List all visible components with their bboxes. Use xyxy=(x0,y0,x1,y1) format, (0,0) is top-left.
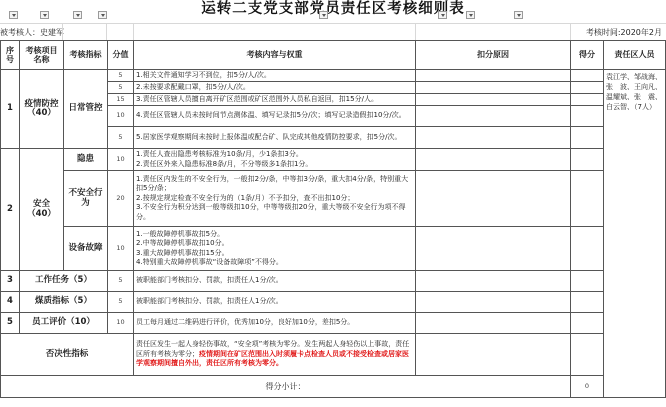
table-row: 1 疫情防控（40） 日常管控 5 1.相关文件通知学习不到位，扣5分/人/次。… xyxy=(1,70,666,82)
item-value: 10 xyxy=(108,149,134,171)
score-cell[interactable] xyxy=(571,292,604,313)
filter-dropdown-icon[interactable] xyxy=(466,11,475,19)
section-no: 3 xyxy=(1,271,20,292)
item-content: 被职能部门考核扣分、罚款，扣责任人1分/次。 xyxy=(134,292,416,313)
deduction-cell[interactable] xyxy=(416,334,571,376)
col-header-personnel: 责任区人员 xyxy=(604,41,666,70)
deduction-cell[interactable] xyxy=(416,82,571,94)
section-no: 5 xyxy=(1,313,20,334)
table-row: 4 煤质指标（5） 5 被职能部门考核扣分、罚款，扣责任人1分/次。 xyxy=(1,292,666,313)
deduction-cell[interactable] xyxy=(416,127,571,149)
veto-row: 否决性指标 责任区发生一起人身轻伤事故，“安全项”考核为零分。发生两起人身轻伤以… xyxy=(1,334,666,376)
deduction-cell[interactable] xyxy=(416,227,571,271)
item-value: 5 xyxy=(108,271,134,292)
section-project: 员工评价（10） xyxy=(20,313,108,334)
col-header-deduction: 扣分原因 xyxy=(416,41,571,70)
item-value: 10 xyxy=(108,227,134,271)
subtotal-value: 0 xyxy=(571,376,604,398)
score-cell[interactable] xyxy=(571,149,604,171)
col-header-indicator: 考核指标 xyxy=(64,41,108,70)
table-row: 不安全行为 20 1.责任区内发生的不安全行为，一般扣2分/条，中等扣3分/条，… xyxy=(1,171,666,227)
item-value: 5 xyxy=(108,82,134,94)
score-cell[interactable] xyxy=(571,334,604,376)
item-value: 5 xyxy=(108,292,134,313)
score-cell[interactable] xyxy=(571,271,604,292)
table-row: 3 工作任务（5） 5 被职能部门考核扣分、罚款，扣责任人1分/次。 xyxy=(1,271,666,292)
item-value: 15 xyxy=(108,94,134,106)
item-content: 1.相关文件通知学习不到位，扣5分/人/次。 xyxy=(134,70,416,82)
item-content: 1.责任区内发生的不安全行为，一般扣2分/条，中等扣3分/条，重大扣4分/条，特… xyxy=(134,171,416,227)
table-row: 2 安全（40） 隐患 10 1.责任人查出隐患考核标准为10条/月，少1条扣3… xyxy=(1,149,666,171)
deduction-cell[interactable] xyxy=(416,149,571,171)
item-value: 5 xyxy=(108,70,134,82)
section-project: 疫情防控（40） xyxy=(20,70,64,149)
subtotal-label: 得分小计： xyxy=(1,376,571,398)
col-header-no: 序号 xyxy=(1,41,20,70)
meta-row: 被考核人：史建军 考核时间:2020年2月 xyxy=(0,23,666,41)
item-content: 被职能部门考核扣分、罚款，扣责任人1分/次。 xyxy=(134,271,416,292)
table-row: 5 员工评价（10） 10 员工每月通过二维码进行评价，优秀加10分，良好加10… xyxy=(1,313,666,334)
col-header-value: 分值 xyxy=(108,41,134,70)
deduction-cell[interactable] xyxy=(416,292,571,313)
deduction-cell[interactable] xyxy=(416,106,571,127)
examinee-label: 被考核人：史建军 xyxy=(0,27,64,38)
filter-dropdown-icon[interactable] xyxy=(319,11,328,19)
veto-content: 责任区发生一起人身轻伤事故，“安全项”考核为零分。发生两起人身轻伤以上事故，责任… xyxy=(134,334,416,376)
score-cell[interactable] xyxy=(571,94,604,106)
item-content: 3.责任区管辖人员擅自离开矿区范围或矿区范围外人员私自返回，扣15分/人。 xyxy=(134,94,416,106)
deduction-cell[interactable] xyxy=(416,70,571,82)
subtotal-row: 得分小计： 0 xyxy=(1,376,666,398)
score-cell[interactable] xyxy=(571,82,604,94)
item-content: 1.一般故障停机事故扣5分。 2.中等故障停机事故扣10分。 3.重大故障停机事… xyxy=(134,227,416,271)
section-project: 安全（40） xyxy=(20,149,64,271)
filter-dropdown-icon[interactable] xyxy=(73,11,82,19)
item-indicator: 隐患 xyxy=(64,149,108,171)
section-no: 1 xyxy=(1,70,20,149)
section-project: 煤质指标（5） xyxy=(20,292,108,313)
exam-time-label: 考核时间:2020年2月 xyxy=(586,27,662,38)
item-value: 10 xyxy=(108,106,134,127)
col-header-project: 考核项目名称 xyxy=(20,41,64,70)
deduction-cell[interactable] xyxy=(416,313,571,334)
score-cell[interactable] xyxy=(571,70,604,82)
deduction-cell[interactable] xyxy=(416,271,571,292)
item-value: 20 xyxy=(108,171,134,227)
item-content: 2.未按要求配戴口罩，扣5分/人/次。 xyxy=(134,82,416,94)
assessment-table: 序号 考核项目名称 考核指标 分值 考核内容与权重 扣分原因 得分 责任区人员 … xyxy=(0,40,666,398)
filter-dropdown-icon[interactable] xyxy=(9,11,18,19)
table-row: 设备故障 10 1.一般故障停机事故扣5分。 2.中等故障停机事故扣10分。 3… xyxy=(1,227,666,271)
col-header-score: 得分 xyxy=(571,41,604,70)
section-no: 4 xyxy=(1,292,20,313)
header-row: 序号 考核项目名称 考核指标 分值 考核内容与权重 扣分原因 得分 责任区人员 xyxy=(1,41,666,70)
veto-label: 否决性指标 xyxy=(1,334,134,376)
score-cell[interactable] xyxy=(571,171,604,227)
item-content: 4.责任区管辖人员未按时间节点测体温、填写记录扣5分/次；填写记录造假扣10分/… xyxy=(134,106,416,127)
item-indicator: 不安全行为 xyxy=(64,171,108,227)
item-content: 5.居家医学观察期间未按时上报体温或配合矿、队完成其他疫情防控要求，扣5分/次。 xyxy=(134,127,416,149)
score-cell[interactable] xyxy=(571,227,604,271)
score-cell[interactable] xyxy=(571,313,604,334)
deduction-cell[interactable] xyxy=(416,171,571,227)
col-header-content: 考核内容与权重 xyxy=(134,41,416,70)
section-no: 2 xyxy=(1,149,20,271)
personnel-cell: 袁江学、邹战海、张 波、王向凡、温耀斌、张 震、白云智、（7人） xyxy=(604,70,666,398)
filter-dropdown-icon[interactable] xyxy=(438,11,447,19)
filter-dropdown-icon[interactable] xyxy=(514,11,523,19)
item-content: 1.责任人查出隐患考核标准为10条/月，少1条扣3分。 2.责任区外来入隐患标准… xyxy=(134,149,416,171)
filter-dropdown-icon[interactable] xyxy=(98,11,107,19)
score-cell[interactable] xyxy=(571,106,604,127)
item-content: 员工每月通过二维码进行评价，优秀加10分，良好加10分，差扣5分。 xyxy=(134,313,416,334)
item-value: 5 xyxy=(108,127,134,149)
item-indicator: 设备故障 xyxy=(64,227,108,271)
section-project: 工作任务（5） xyxy=(20,271,108,292)
filter-dropdown-icon[interactable] xyxy=(40,11,49,19)
item-value: 10 xyxy=(108,313,134,334)
section-indicator: 日常管控 xyxy=(64,70,108,149)
score-cell[interactable] xyxy=(571,127,604,149)
deduction-cell[interactable] xyxy=(416,94,571,106)
